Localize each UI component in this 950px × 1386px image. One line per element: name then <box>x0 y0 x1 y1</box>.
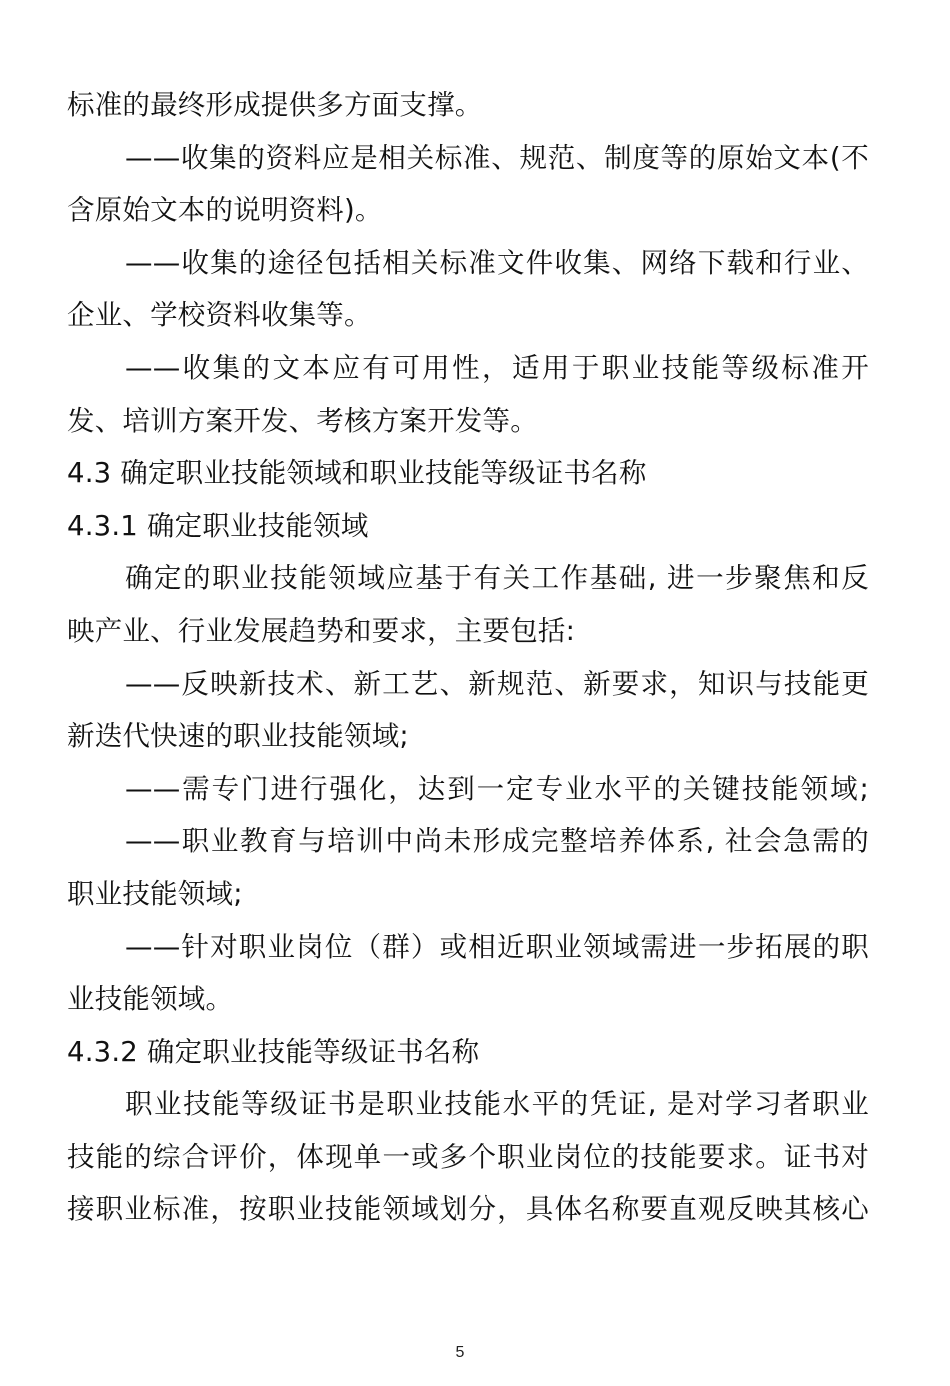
list-item-urgent-needs: ——职业教育与培训中尚未形成完整培养体系, 社会急需的 <box>67 815 869 868</box>
section-heading-4-3-1: 4.3.1 确定职业技能领域 <box>67 500 869 553</box>
list-item-collect-usability: ——收集的文本应有可用性，适用于职业技能等级标准开 <box>67 342 869 395</box>
paragraph-certificate-definition: 职业技能等级证书是职业技能水平的凭证, 是对学习者职业 <box>67 1078 869 1131</box>
text-line-continuation: 发、培训方案开发、考核方案开发等。 <box>67 395 869 448</box>
text-line-continuation: 职业技能领域; <box>67 868 869 921</box>
text-line-continuation: 技能的综合评价，体现单一或多个职业岗位的技能要求。证书对 <box>67 1131 869 1184</box>
document-page: 标准的最终形成提供多方面支撑。 ——收集的资料应是相关标准、规范、制度等的原始文… <box>67 79 869 1236</box>
list-item-collect-original-text: ——收集的资料应是相关标准、规范、制度等的原始文本(不 <box>67 132 869 185</box>
text-line-continuation: 标准的最终形成提供多方面支撑。 <box>67 79 869 132</box>
text-line-continuation: 接职业标准，按职业技能领域划分，具体名称要直观反映其核心 <box>67 1183 869 1236</box>
list-item-new-technology: ——反映新技术、新工艺、新规范、新要求，知识与技能更 <box>67 658 869 711</box>
list-item-key-skills: ——需专门进行强化，达到一定专业水平的关键技能领域; <box>67 763 869 816</box>
text-line-continuation: 映产业、行业发展趋势和要求，主要包括: <box>67 605 869 658</box>
section-heading-4-3: 4.3 确定职业技能领域和职业技能等级证书名称 <box>67 447 869 500</box>
text-line-continuation: 新迭代快速的职业技能领域; <box>67 710 869 763</box>
section-heading-4-3-2: 4.3.2 确定职业技能等级证书名称 <box>67 1026 869 1079</box>
list-item-job-group-expansion: ——针对职业岗位（群）或相近职业领域需进一步拓展的职 <box>67 921 869 974</box>
text-line-continuation: 含原始文本的说明资料)。 <box>67 184 869 237</box>
text-line-continuation: 业技能领域。 <box>67 973 869 1026</box>
list-item-collect-channels: ——收集的途径包括相关标准文件收集、网络下载和行业、 <box>67 237 869 290</box>
page-number: 5 <box>0 1344 920 1362</box>
text-line-continuation: 企业、学校资料收集等。 <box>67 289 869 342</box>
paragraph-skill-domain-intro: 确定的职业技能领域应基于有关工作基础, 进一步聚焦和反 <box>67 552 869 605</box>
